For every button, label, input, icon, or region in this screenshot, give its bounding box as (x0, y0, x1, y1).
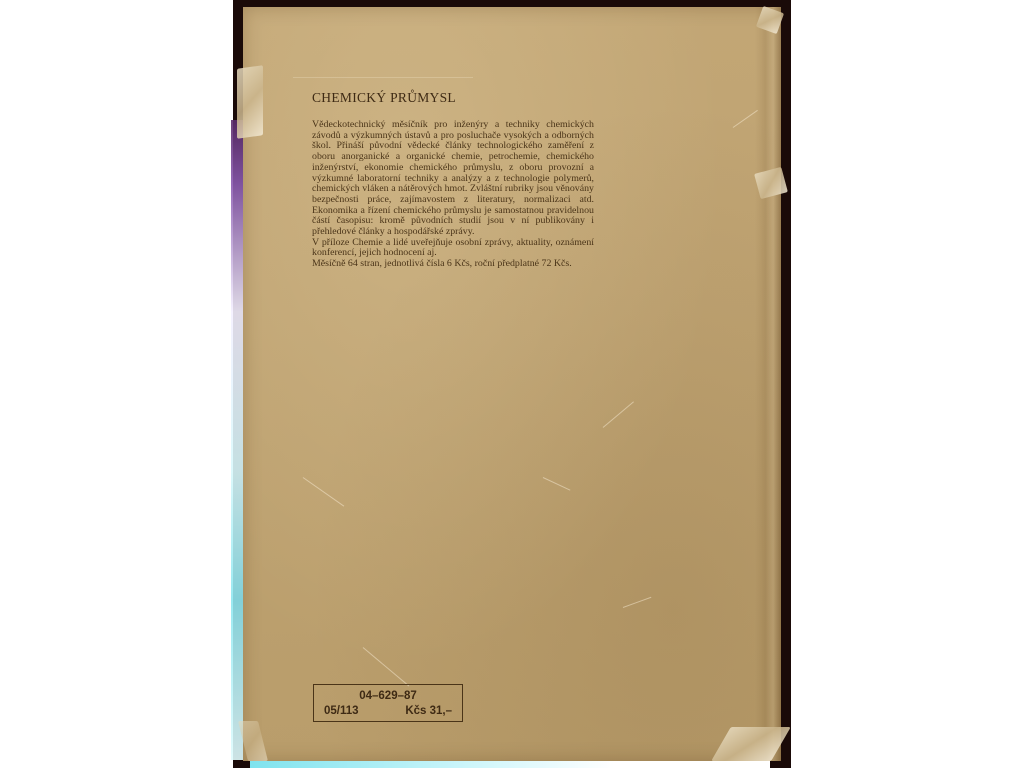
publication-title: CHEMICKÝ PRŮMYSL (312, 90, 594, 106)
book-back-cover: CHEMICKÝ PRŮMYSL Vědeckotechnický měsíčn… (243, 7, 781, 761)
scan-stage: CHEMICKÝ PRŮMYSL Vědeckotechnický měsíčn… (0, 0, 1024, 768)
tape-bottom-left (238, 721, 268, 761)
price: Kčs 31,– (405, 705, 452, 717)
scuff-mark (303, 477, 345, 506)
description-block: CHEMICKÝ PRŮMYSL Vědeckotechnický měsíčn… (312, 90, 594, 270)
scuff-mark (293, 77, 473, 78)
scuff-mark (603, 401, 634, 427)
description-paragraph: Měsíčně 64 stran, jednotlivá čísla 6 Kčs… (312, 259, 594, 270)
scuff-mark (363, 647, 410, 686)
catalog-code: 04–629–87 (314, 690, 462, 702)
issue-number: 05/113 (324, 705, 359, 717)
scan-edge-glow (231, 120, 243, 760)
price-row: 05/113 Kčs 31,– (324, 705, 452, 717)
tape-top-left (237, 65, 263, 139)
spine-edge (755, 7, 781, 761)
price-box: 04–629–87 05/113 Kčs 31,– (313, 684, 463, 722)
scuff-mark (543, 477, 571, 491)
scuff-mark (623, 597, 652, 608)
description-paragraph: Vědeckotechnický měsíčník pro inženýry a… (312, 120, 594, 238)
scan-bottom-glow (250, 760, 770, 768)
description-paragraph: V příloze Chemie a lidé uveřejňuje osobn… (312, 238, 594, 259)
description-body: Vědeckotechnický měsíčník pro inženýry a… (312, 120, 594, 270)
